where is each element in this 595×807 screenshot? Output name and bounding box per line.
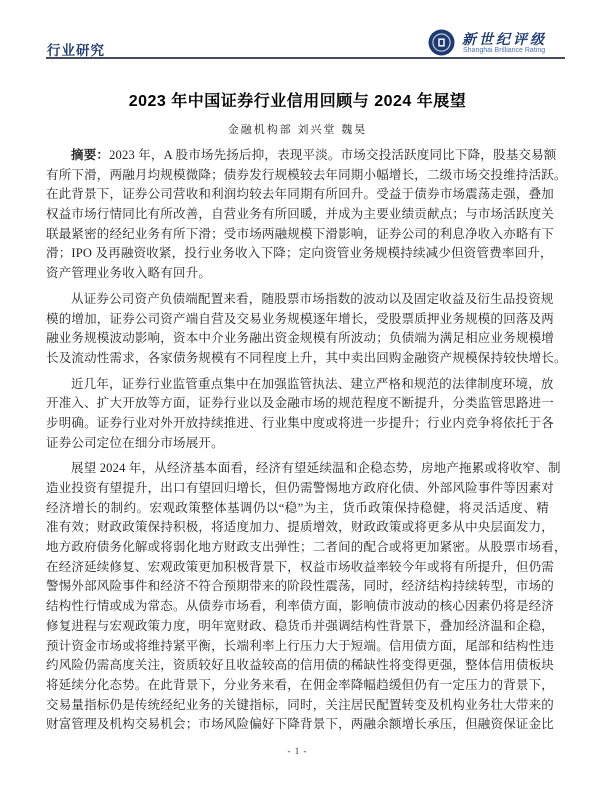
body-line: 滑；IPO 及再融资收紧，投行业务收入下降；定向资管业务规模持续减少但资管费率回…: [46, 244, 549, 264]
body-line: 交易量指标仍是传统经纪业务的关键指标，同时，关注居民配置转变及机构业务壮大带来的: [46, 696, 549, 716]
body-line: 近几年，证券行业监管重点集中在加强监管执法、建立严格和规范的法律制度环境，放: [46, 375, 549, 395]
body-line: 约风险仍需高度关注，资质较好且收益较高的信用债的稀缺性将变得更强，整体信用债板块: [46, 656, 549, 676]
abstract-label: 摘要：: [71, 148, 109, 162]
report-page: 行业研究 新世纪评级 Shanghai Brilliance Rating 20…: [0, 0, 595, 807]
brand-logo: 新世纪评级 Shanghai Brilliance Rating: [428, 28, 568, 58]
body-line: 模的增加，证券公司资产端自营及交易业务规模逐年增长，受股票质押业务规模的回落及两: [46, 310, 549, 330]
brand-name-cn: 新世纪评级: [462, 29, 547, 49]
body-line: 资产管理业务收入略有回升。: [46, 264, 549, 284]
body-line: 经济增长的制约。宏观政策整体基调仍以“稳”为主，货币政策保持稳健，将灵活适度、精: [46, 499, 549, 519]
body-line: 准有效；财政政策保持积极，将适度加力、提质增效，财政政策或将更多从中央层面发力，: [46, 518, 549, 538]
body-line: 证券公司定位在细分市场展开。: [46, 434, 549, 454]
brand-emblem-icon: [428, 29, 455, 56]
paragraph: 从证券公司资产负债端配置来看，随股票市场指数的波动以及固定收益及衍生品投资规模的…: [46, 290, 549, 369]
body-line: 长及流动性需求，各家债务规模有不同程度上升，其中卖出回购金融资产规模保持较快增长…: [46, 349, 549, 369]
body-line: 有所下滑，两融月均规模微降；债券发行规模较去年同期小幅增长，二级市场交投维持活跃…: [46, 166, 549, 186]
body-line: 融业务规模波动影响，资本中介业务融出资金规模有所波动；负债端为满足相应业务规模增: [46, 329, 549, 349]
body-line: 从证券公司资产负债端配置来看，随股票市场指数的波动以及固定收益及衍生品投资规: [46, 290, 549, 310]
body: 摘要：2023 年，A 股市场先扬后抑，表现平淡。市场交投活跃度同比下降，股基交…: [46, 146, 549, 741]
paragraph: 近几年，证券行业监管重点集中在加强监管执法、建立严格和规范的法律制度环境，放开准…: [46, 375, 549, 454]
body-line: 联最紧密的经纪业务有所下滑；受市场两融规模下滑影响，证券公司的利息净收入亦略有下: [46, 225, 549, 245]
body-line: 展望 2024 年，从经济基本面看，经济有望延续温和企稳态势，房地产拖累或将收窄…: [46, 459, 549, 479]
body-line: 造业投资有望提升，出口有望回归增长，但仍需警惕地方政府化债、外部风险事件等因素对: [46, 479, 549, 499]
body-line: 开准入、扩大开放等方面，证券行业以及金融市场的规范程度不断提升，分类监管思路进一: [46, 394, 549, 414]
body-line: 权益市场行情同比有所改善，自营业务有所回暖，并成为主要业绩贡献点；与市场活跃度关: [46, 205, 549, 225]
byline: 金融机构部 刘兴堂 魏昊: [0, 121, 595, 137]
body-line: 摘要：2023 年，A 股市场先扬后抑，表现平淡。市场交投活跃度同比下降，股基交…: [46, 146, 549, 166]
body-line: 预计资金市场或将维持紧平衡，长端利率上行压力大于短端。信用债方面，尾部和结构性违: [46, 637, 549, 657]
body-line: 步明确。证券行业对外开放持续推进、行业集中度或将进一步提升；行业内竞争将依托于各: [46, 414, 549, 434]
page-number: - 1 -: [0, 746, 595, 756]
body-line: 在此背景下，证券公司营收和利润均较去年同期有所回升。受益于债券市场震荡走强，叠加: [46, 185, 549, 205]
body-line: 结构性行情或成为常态。从债券市场看，利率债方面，影响债市波动的核心因素仍将是经济: [46, 597, 549, 617]
header-category-label: 行业研究: [47, 39, 105, 59]
body-line: 修复进程与宏观政策力度，明年宽财政、稳货币并强调结构性背景下，叠加经济温和企稳，: [46, 617, 549, 637]
body-line: 地方政府债务化解或将弱化地方财政支出弹性；二者间的配合或将更加紧密。从股票市场看…: [46, 538, 549, 558]
paragraph: 摘要：2023 年，A 股市场先扬后抑，表现平淡。市场交投活跃度同比下降，股基交…: [46, 146, 549, 284]
body-line: 财富管理及机构交易机会；市场风险偏好下降背景下，两融余额增长承压，但融资保证金比: [46, 715, 549, 735]
paragraph: 展望 2024 年，从经济基本面看，经济有望延续温和企稳态势，房地产拖累或将收窄…: [46, 459, 549, 735]
page-title: 2023 年中国证券行业信用回顾与 2024 年展望: [0, 88, 595, 111]
brand-name-en: Shanghai Brilliance Rating: [463, 47, 545, 54]
body-line: 在经济延续修复、宏观政策更加积极背景下，权益市场收益率较今年或将有所提升，但仍需: [46, 558, 549, 578]
body-line: 将延续分化态势。在此背景下，分业务来看，在佣金率降幅趋缓但仍有一定压力的背景下，: [46, 676, 549, 696]
body-line: 警惕外部风险事件和经济不符合预期带来的阶段性震荡，同时，经济结构持续转型，市场的: [46, 577, 549, 597]
